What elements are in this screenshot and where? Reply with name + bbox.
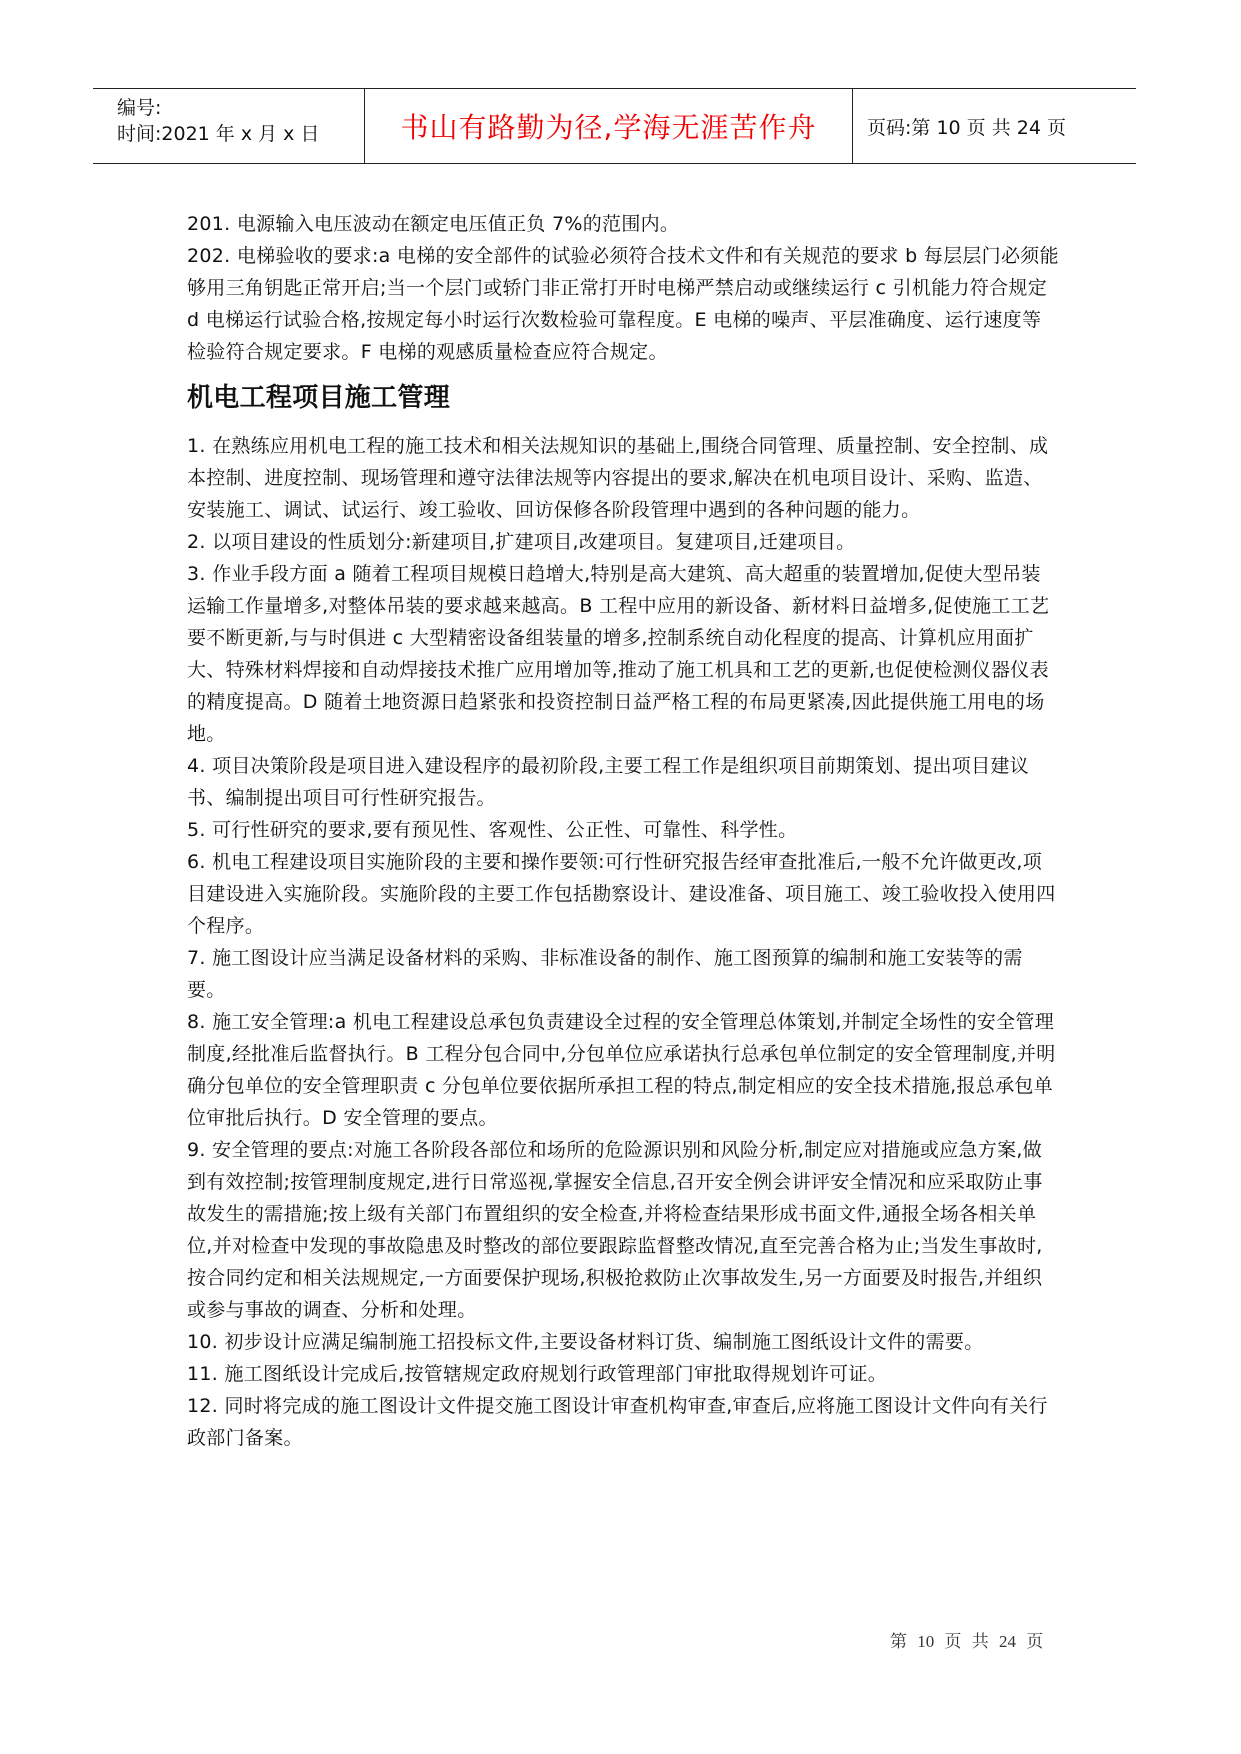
- motto-text: 书山有路勤为径,学海无涯苦作舟: [401, 106, 817, 146]
- paragraph-202: 202. 电梯验收的要求:a 电梯的安全部件的试验必须符合技术文件和有关规范的要…: [187, 240, 1059, 368]
- paragraph-12: 12. 同时将完成的施工图设计文件提交施工图设计审查机构审查,审查后,应将施工图…: [187, 1390, 1059, 1454]
- paragraph-9: 9. 安全管理的要点:对施工各阶段各部位和场所的危险源识别和风险分析,制定应对措…: [187, 1134, 1059, 1326]
- date-label: 时间:2021 年 x 月 x 日: [117, 121, 364, 147]
- paragraph-201: 201. 电源输入电压波动在额定电压值正负 7%的范围内。: [187, 208, 1059, 240]
- paragraph-6: 6. 机电工程建设项目实施阶段的主要和操作要领:可行性研究报告经审查批准后,一般…: [187, 846, 1059, 942]
- paragraph-5: 5. 可行性研究的要求,要有预见性、客观性、公正性、可靠性、科学性。: [187, 814, 1059, 846]
- paragraph-8: 8. 施工安全管理:a 机电工程建设总承包负责建设全过程的安全管理总体策划,并制…: [187, 1006, 1059, 1134]
- page-footer: 第 10 页 共 24 页: [890, 1627, 1043, 1652]
- serial-number-label: 编号:: [117, 95, 364, 121]
- page-header-table: 编号: 时间:2021 年 x 月 x 日 书山有路勤为径,学海无涯苦作舟 页码…: [93, 88, 1136, 164]
- header-meta-cell: 编号: 时间:2021 年 x 月 x 日: [93, 89, 365, 163]
- paragraph-1: 1. 在熟练应用机电工程的施工技术和相关法规知识的基础上,围绕合同管理、质量控制…: [187, 430, 1059, 526]
- paragraph-3: 3. 作业手段方面 a 随着工程项目规模日趋增大,特别是高大建筑、高大超重的装置…: [187, 558, 1059, 750]
- paragraph-2: 2. 以项目建设的性质划分:新建项目,扩建项目,改建项目。复建项目,迁建项目。: [187, 526, 1059, 558]
- page-number-text: 页码:第 10 页 共 24 页: [867, 113, 1066, 140]
- paragraph-10: 10. 初步设计应满足编制施工招投标文件,主要设备材料订货、编制施工图纸设计文件…: [187, 1326, 1059, 1358]
- header-motto-cell: 书山有路勤为径,学海无涯苦作舟: [365, 89, 853, 163]
- header-page-cell: 页码:第 10 页 共 24 页: [853, 89, 1136, 163]
- paragraph-7: 7. 施工图设计应当满足设备材料的采购、非标准设备的制作、施工图预算的编制和施工…: [187, 942, 1059, 1006]
- section-heading: 机电工程项目施工管理: [187, 380, 1059, 416]
- paragraph-11: 11. 施工图纸设计完成后,按管辖规定政府规划行政管理部门审批取得规划许可证。: [187, 1358, 1059, 1390]
- document-body: 201. 电源输入电压波动在额定电压值正负 7%的范围内。 202. 电梯验收的…: [187, 208, 1059, 1454]
- paragraph-4: 4. 项目决策阶段是项目进入建设程序的最初阶段,主要工程工作是组织项目前期策划、…: [187, 750, 1059, 814]
